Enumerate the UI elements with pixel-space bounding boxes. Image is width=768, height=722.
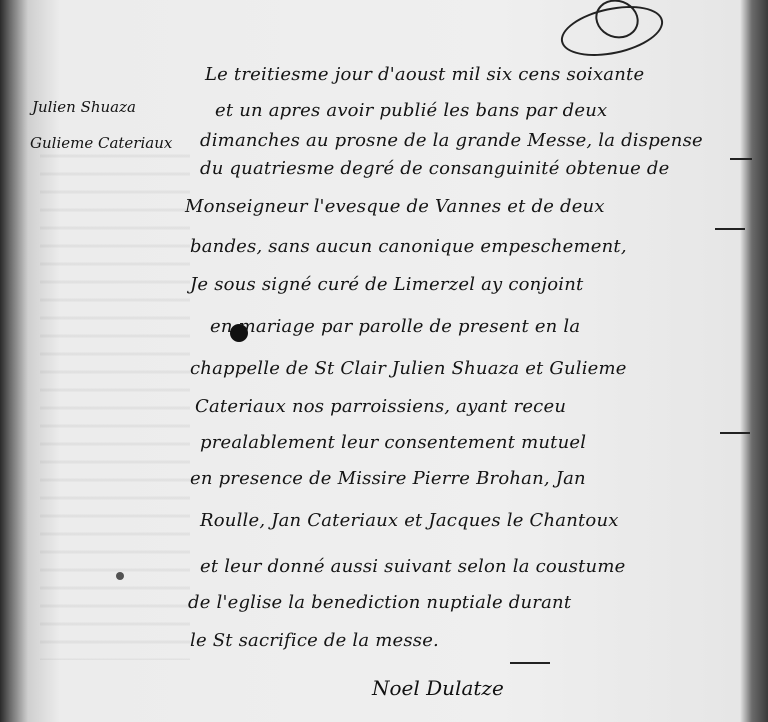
body-line-11: prealablement leur consentement mutuel: [200, 432, 586, 453]
ink-blot: [230, 324, 248, 342]
body-line-16: le St sacrifice de la messe.: [190, 630, 439, 651]
body-line-13: Roulle, Jan Cateriaux et Jacques le Chan…: [200, 510, 619, 531]
body-line-2: et un apres avoir publié les bans par de…: [215, 100, 607, 121]
line-end-dash: [715, 228, 745, 230]
body-line-10: Cateriaux nos parroissiens, ayant receu: [195, 396, 566, 417]
body-line-9: chappelle de St Clair Julien Shuaza et G…: [190, 358, 627, 379]
ink-bleed-through: [40, 140, 190, 660]
ink-dot: [116, 572, 124, 580]
manuscript-page: Julien Shuaza Gulieme Cateriaux Le treit…: [0, 0, 768, 722]
body-line-4: du quatriesme degré de consanguinité obt…: [200, 158, 669, 179]
margin-note-bride: Gulieme Cateriaux: [30, 134, 172, 152]
body-line-15: de l'eglise la benediction nuptiale dura…: [188, 592, 571, 613]
line-end-dash: [730, 158, 752, 160]
body-line-12: en presence de Missire Pierre Brohan, Ja…: [190, 468, 586, 489]
body-line-5: Monseigneur l'evesque de Vannes et de de…: [185, 196, 605, 217]
body-line-14: et leur donné aussi suivant selon la cou…: [200, 556, 625, 577]
margin-note-groom: Julien Shuaza: [32, 98, 136, 116]
line-end-dash: [720, 432, 750, 434]
body-line-8: en mariage par parolle de present en la: [210, 316, 580, 337]
body-line-3: dimanches au prosne de la grande Messe, …: [200, 130, 703, 151]
body-line-1: Le treitiesme jour d'aoust mil six cens …: [205, 64, 644, 85]
body-line-6: bandes, sans aucun canonique empeschemen…: [190, 236, 627, 257]
line-end-dash: [510, 662, 550, 664]
priest-signature: Noel Dulatze: [372, 676, 504, 700]
body-line-7: Je sous signé curé de Limerzel ay conjoi…: [190, 274, 583, 295]
